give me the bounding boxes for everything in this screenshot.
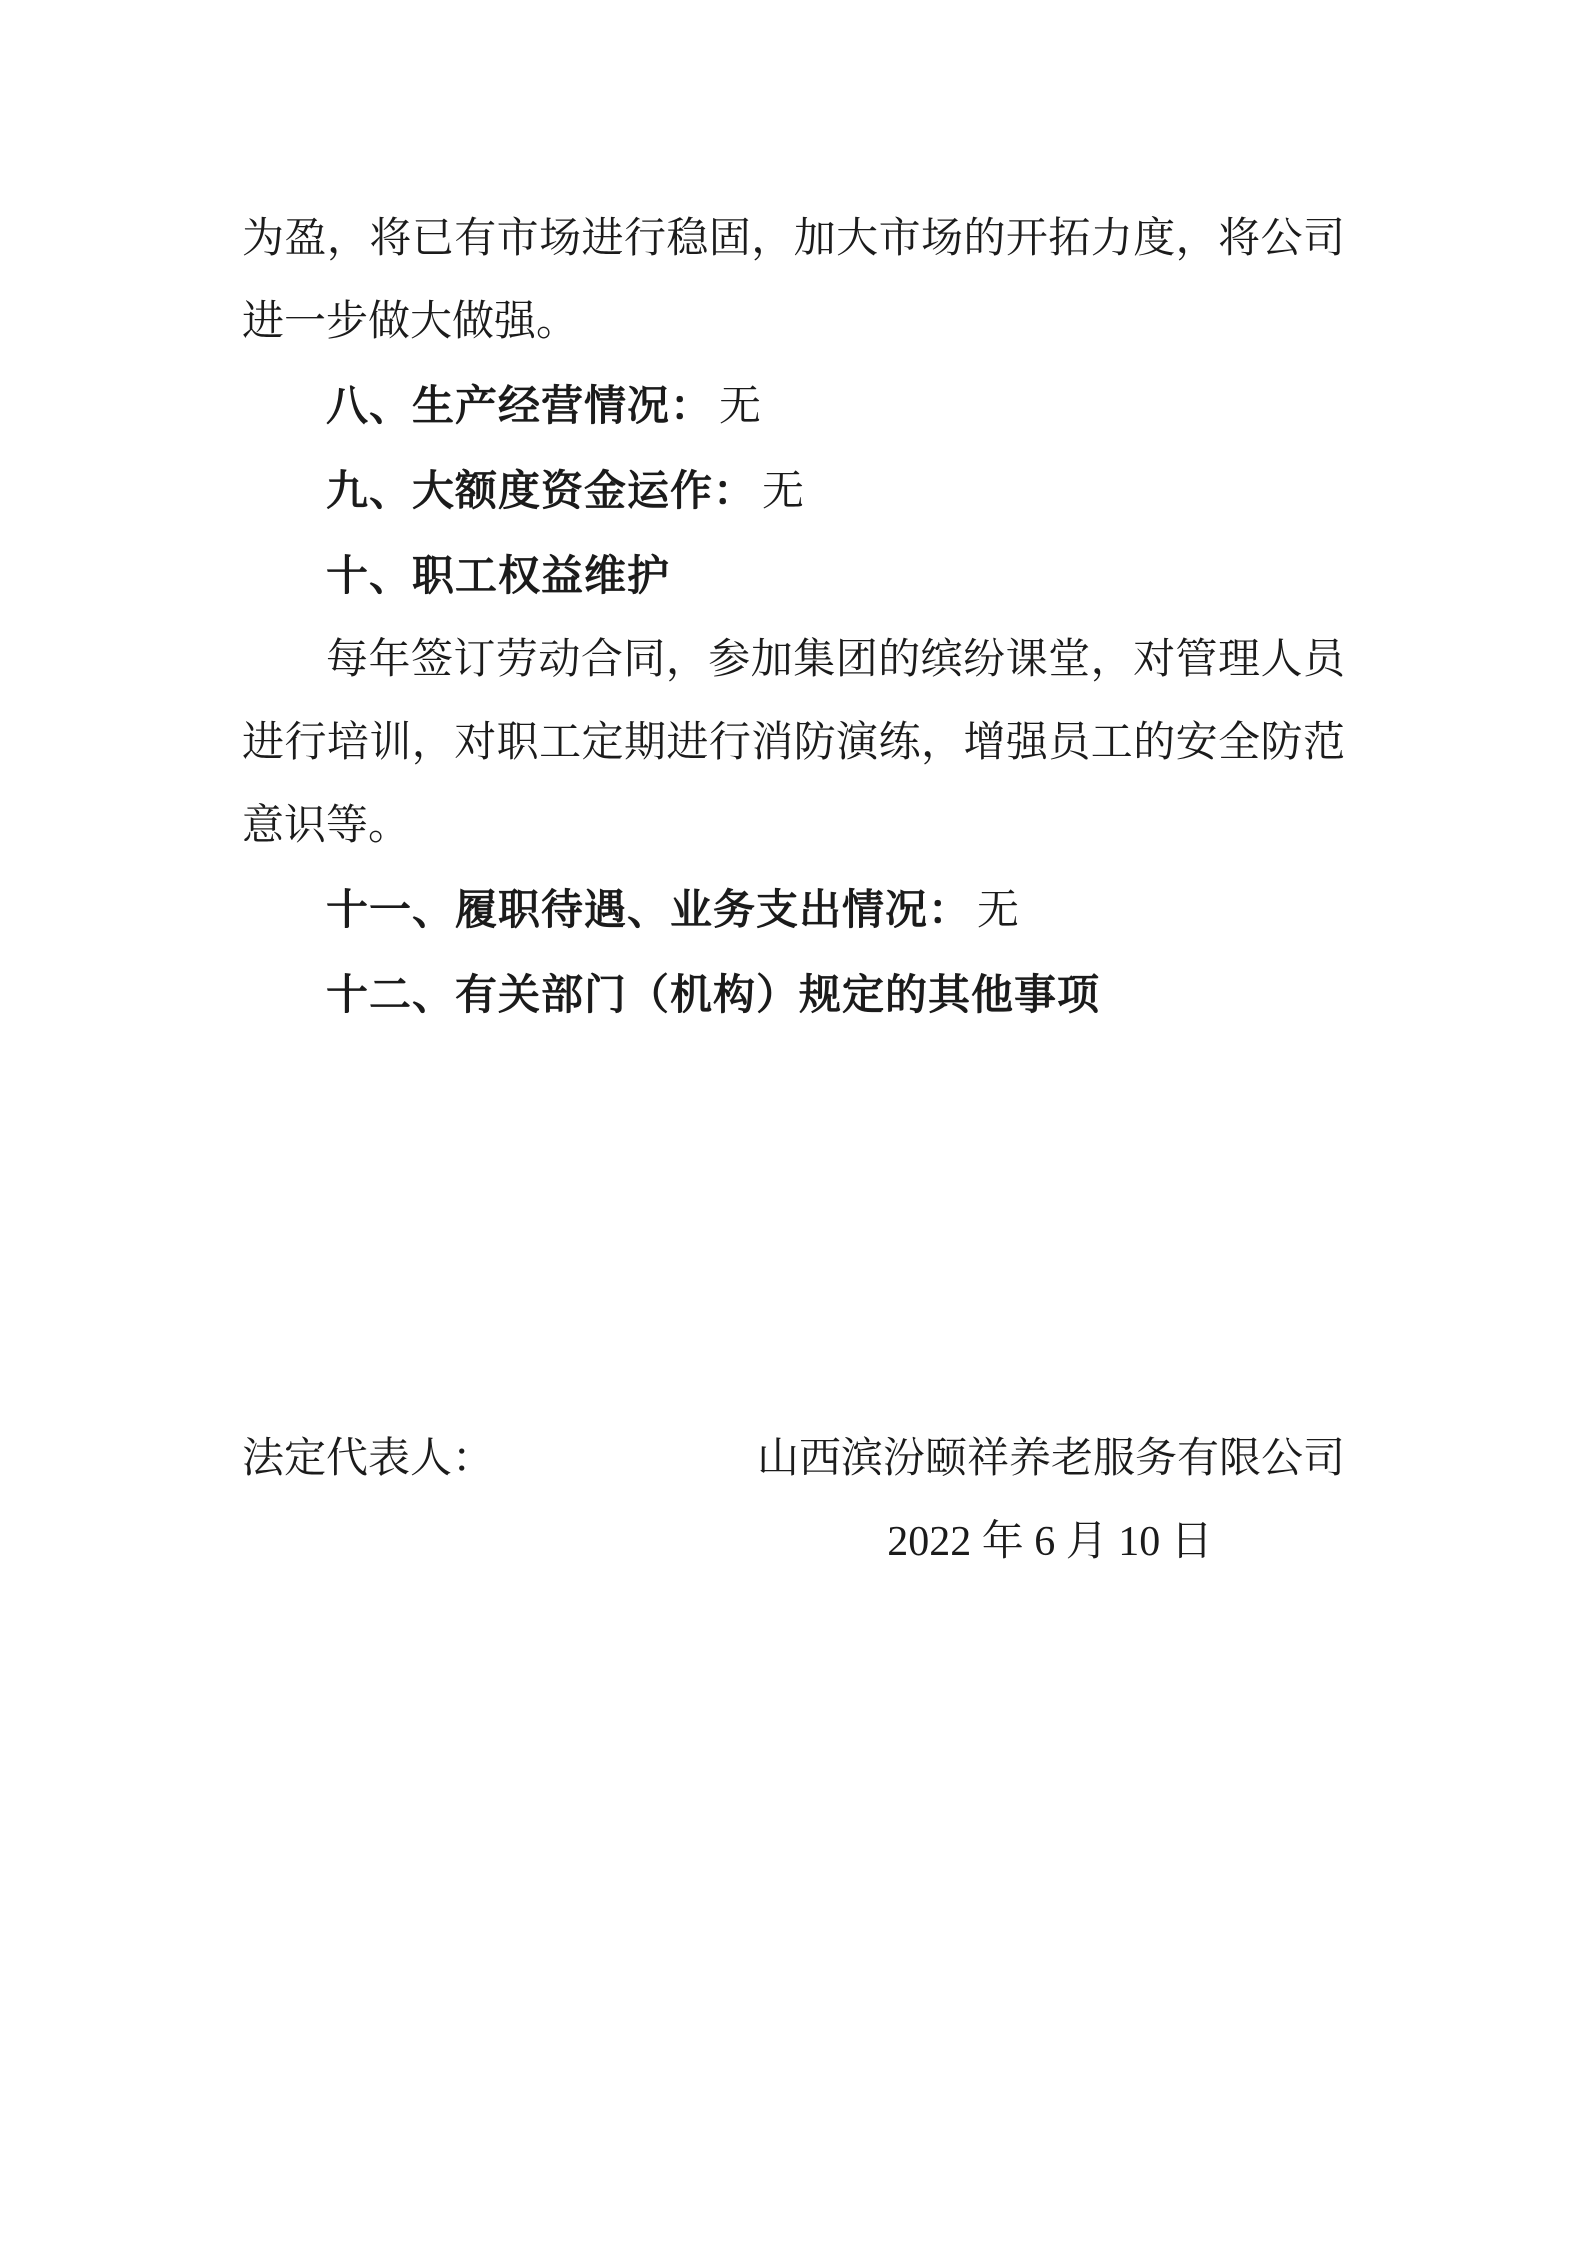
signature-row: 法定代表人： 山西滨汾颐祥养老服务有限公司: [242, 1418, 1345, 1501]
heading-value: 无: [971, 888, 1019, 934]
document-body: 为盈，将已有市场进行稳固，加大市场的开拓力度，将公司 进一步做大做强。 八、生产…: [242, 198, 1345, 1584]
heading-value: [1100, 973, 1106, 1019]
heading-value: 无: [713, 384, 761, 430]
legal-representative-label: 法定代表人：: [242, 1418, 494, 1501]
section-heading-funds: 九、大额度资金运作：无: [242, 449, 1345, 534]
paragraph-line: 意识等。: [242, 785, 1345, 868]
section-heading-employee-rights: 十、职工权益维护: [242, 534, 1345, 619]
section-heading-other-matters: 十二、有关部门（机构）规定的其他事项: [242, 953, 1345, 1038]
document-page: 为盈，将已有市场进行稳固，加大市场的开拓力度，将公司 进一步做大做强。 八、生产…: [0, 0, 1587, 2245]
paragraph-continuation-line: 进一步做大做强。: [242, 281, 1345, 364]
section-heading-remuneration: 十一、履职待遇、业务支出情况：无: [242, 868, 1345, 953]
signature-block: 法定代表人： 山西滨汾颐祥养老服务有限公司 2022 年 6 月 10 日: [242, 1418, 1345, 1584]
heading-value: [670, 554, 676, 600]
paragraph-line: 进行培训，对职工定期进行消防演练，增强员工的安全防范: [242, 702, 1345, 785]
heading-label: 十、职工权益维护: [326, 552, 670, 599]
heading-label: 十一、履职待遇、业务支出情况：: [326, 886, 971, 933]
section-heading-production: 八、生产经营情况：无: [242, 364, 1345, 449]
heading-value: 无: [756, 469, 804, 515]
heading-label: 十二、有关部门（机构）规定的其他事项: [326, 971, 1100, 1018]
company-name: 山西滨汾颐祥养老服务有限公司: [757, 1418, 1345, 1501]
signature-date: 2022 年 6 月 10 日: [887, 1519, 1213, 1565]
signature-date-row: 2022 年 6 月 10 日: [755, 1501, 1345, 1584]
heading-label: 八、生产经营情况：: [326, 382, 713, 429]
heading-label: 九、大额度资金运作：: [326, 467, 756, 514]
paragraph-line: 每年签订劳动合同，参加集团的缤纷课堂，对管理人员: [242, 619, 1345, 702]
paragraph-continuation-line: 为盈，将已有市场进行稳固，加大市场的开拓力度，将公司: [242, 198, 1345, 281]
